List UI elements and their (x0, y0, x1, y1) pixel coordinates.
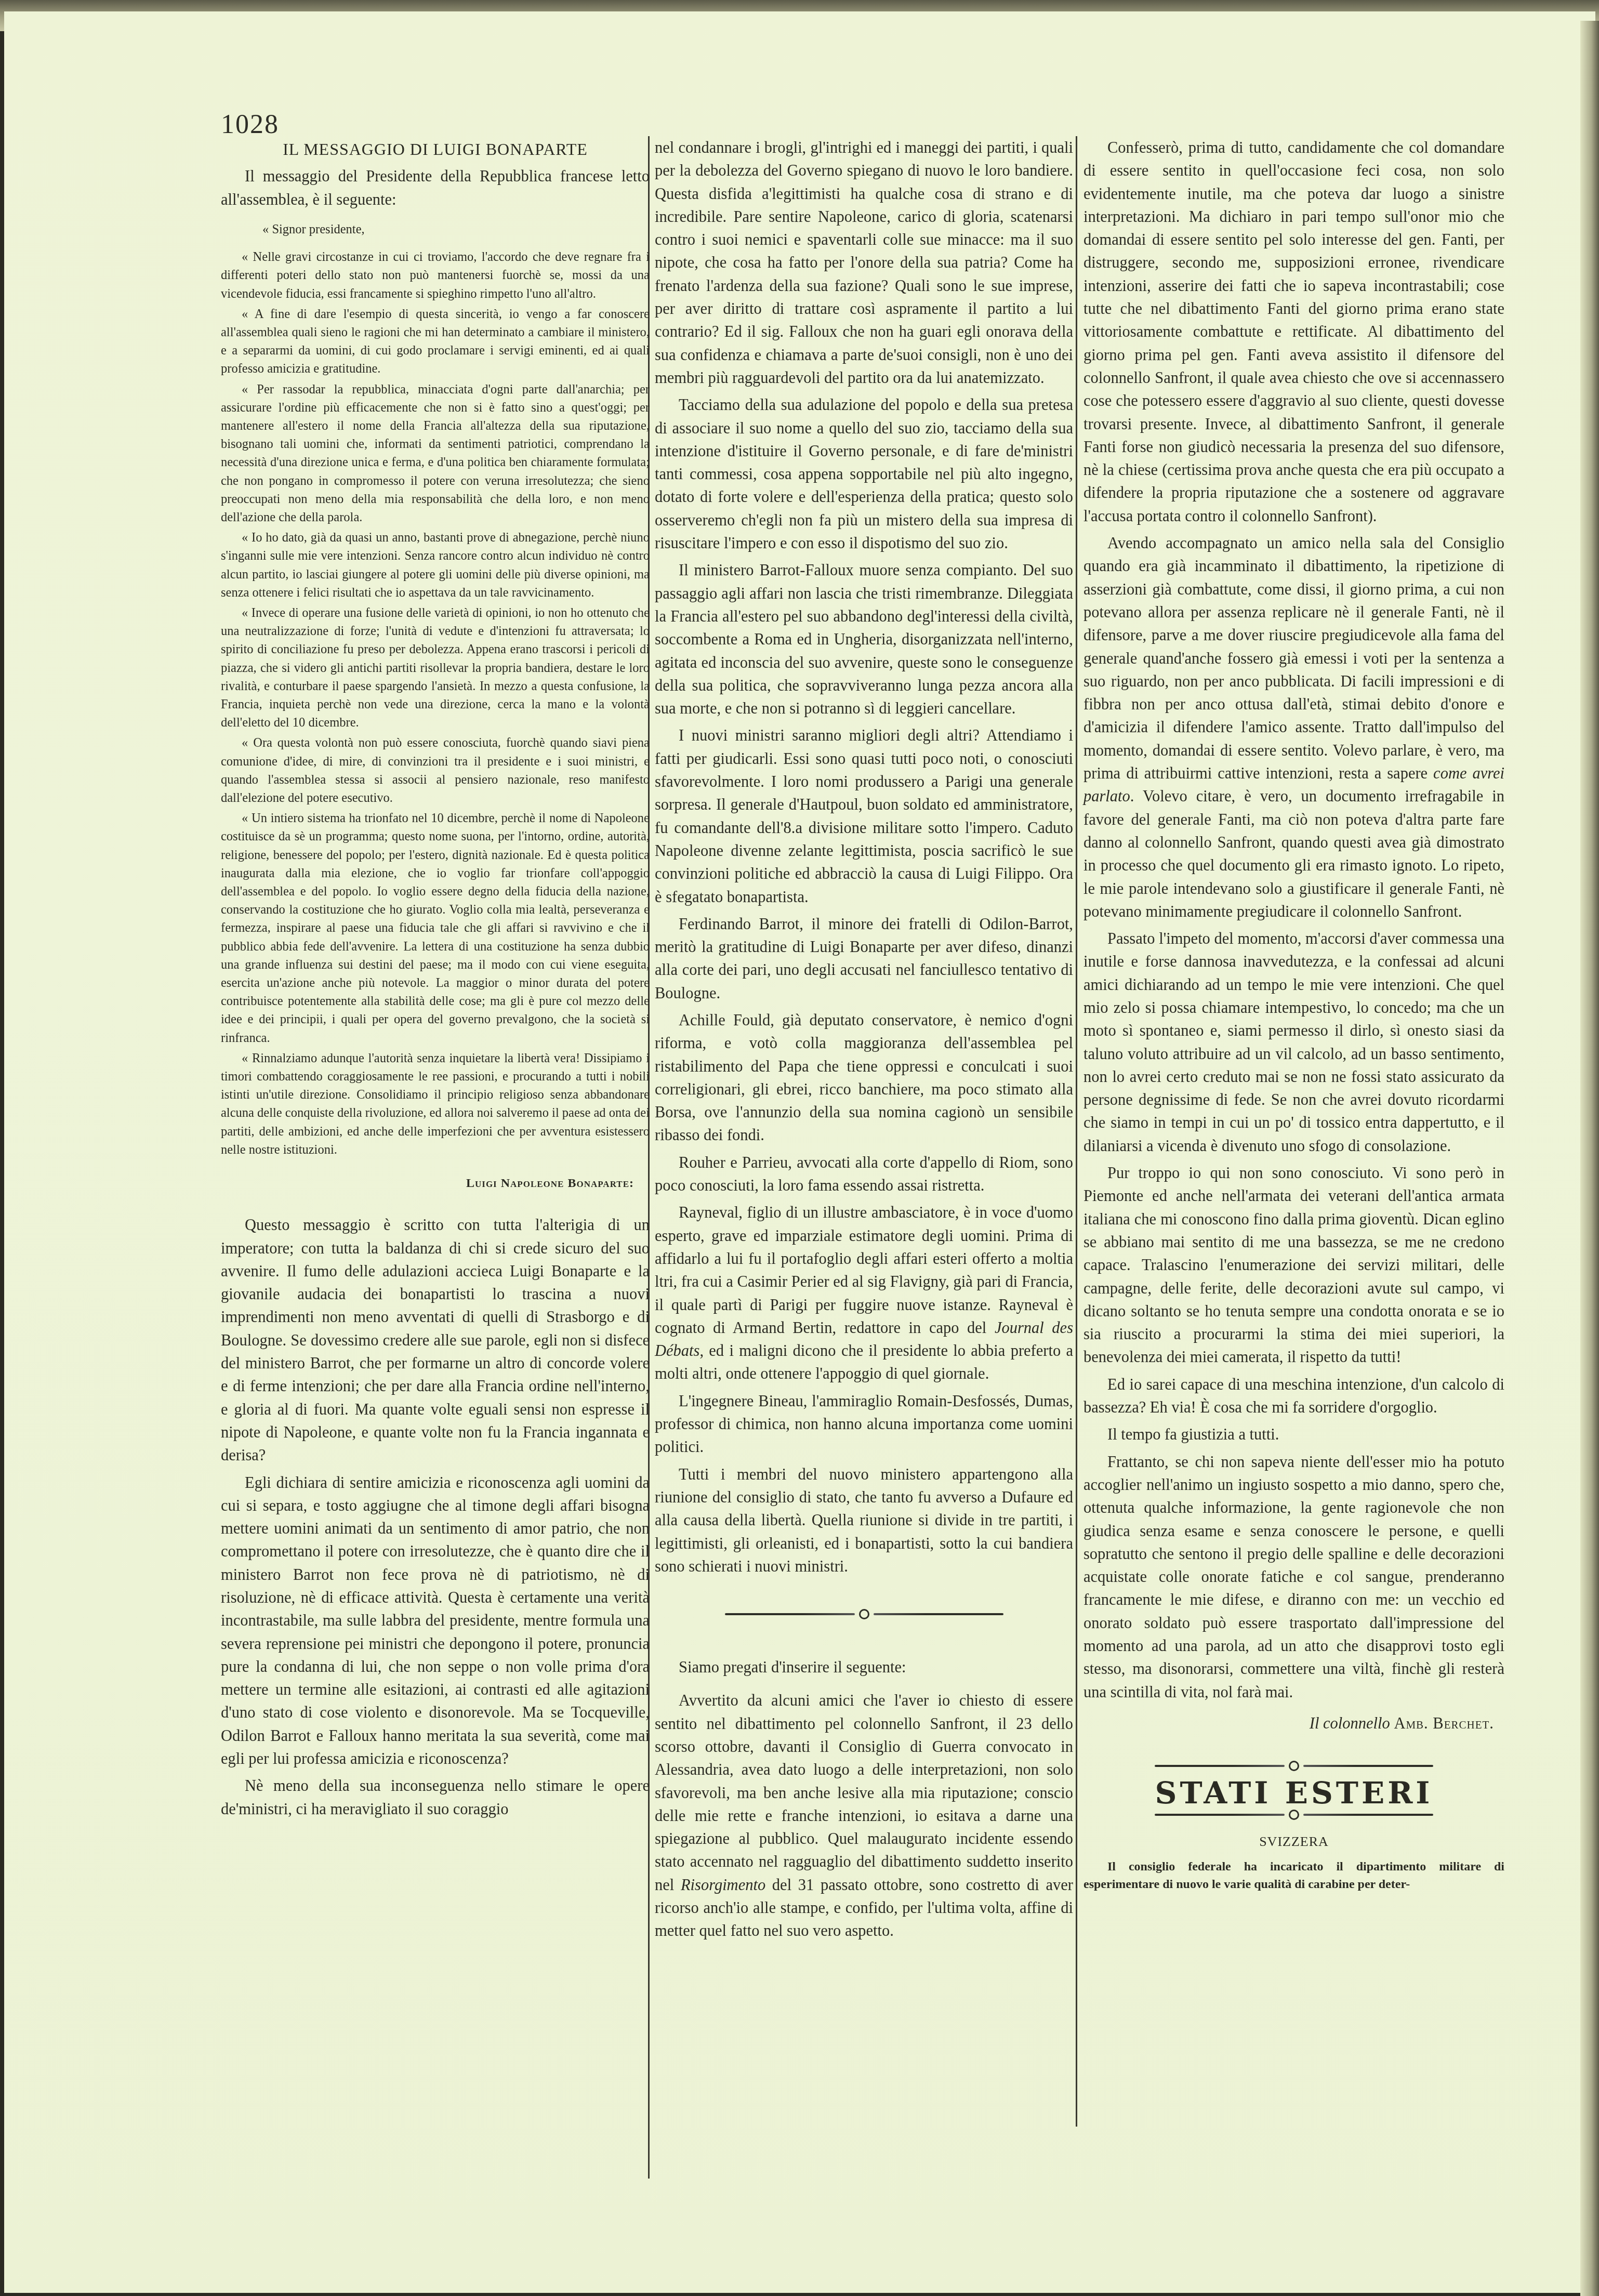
article-intro: Il messaggio del Presidente della Repubb… (221, 165, 650, 211)
presidential-message: « Signor presidente, « Nelle gravi circo… (221, 220, 650, 1193)
message-signature: Luigi Napoleone Bonaparte: (221, 1175, 634, 1193)
foreign-news-text: Il consiglio federale ha incaricato il d… (1083, 1858, 1504, 1893)
page-number: 1028 (221, 109, 279, 140)
commentary-paragraph-rayneval: Rayneval, figlio di un illustre ambascia… (655, 1201, 1073, 1385)
newspaper-title: Risorgimento (681, 1876, 765, 1894)
page-right-edge (1580, 21, 1599, 2296)
column-rule-2 (1076, 136, 1077, 2127)
commentary-paragraph: Questo messaggio è scritto con tutta l'a… (221, 1213, 650, 1467)
section-title-stati-esteri: STATI ESTERI (1083, 1782, 1504, 1804)
commentary-paragraph: Il ministero Barrot-Falloux muore senza … (655, 559, 1073, 720)
section-divider-ornament-bottom (1083, 1810, 1504, 1820)
letter-paragraph: Avendo accompagnato un amico nella sala … (1083, 532, 1504, 923)
message-paragraph: « A fine di dare l'esempio di questa sin… (221, 305, 650, 378)
commentary-paragraph: Tacciamo della sua adulazione del popolo… (655, 393, 1073, 555)
commentary-paragraph: nel condannare i brogli, gl'intrighi ed … (655, 136, 1073, 389)
message-paragraph: « Ora questa volontà non può essere cono… (221, 734, 650, 807)
message-paragraph: « Rinnalziamo adunque l'autorità senza i… (221, 1049, 650, 1159)
column-2: nel condannare i brogli, gl'intrighi ed … (655, 136, 1073, 1947)
message-paragraph: « Io ho dato, già da quasi un anno, bast… (221, 529, 650, 602)
country-heading: SVIZZERA (1083, 1830, 1504, 1853)
commentary-paragraph: Achille Fould, già deputato conservatore… (655, 1009, 1073, 1147)
column-3: Confesserò, prima di tutto, candidamente… (1083, 136, 1504, 1897)
message-paragraph: « Invece di operare una fusione delle va… (221, 604, 650, 732)
letter-signoff: Il colonnello Amb. Berchet. (1083, 1712, 1494, 1735)
message-paragraph: « Per rassodar la repubblica, minacciata… (221, 380, 650, 527)
commentary-paragraph: L'ingegnere Bineau, l'ammiraglio Romain-… (655, 1390, 1073, 1459)
message-salutation: « Signor presidente, (221, 220, 650, 239)
section-divider-ornament (655, 1609, 1073, 1619)
letter-paragraph: Pur troppo io qui non sono conosciuto. V… (1083, 1162, 1504, 1369)
message-paragraph: « Nelle gravi circostanze in cui ci trov… (221, 248, 650, 303)
commentary-paragraph: Nè meno della sua inconseguenza nello st… (221, 1774, 650, 1820)
commentary-paragraph: Tutti i membri del nuovo ministero appar… (655, 1463, 1073, 1578)
letter-paragraph: Avvertito da alcuni amici che l'aver io … (655, 1689, 1073, 1942)
letter-paragraph: Passato l'impeto del momento, m'accorsi … (1083, 927, 1504, 1157)
commentary-paragraph: I nuovi ministri saranno migliori degli … (655, 724, 1073, 908)
letter-paragraph: Il tempo fa giustizia a tutti. (1083, 1423, 1504, 1446)
section-divider-ornament-top (1083, 1761, 1504, 1771)
column-1: IL MESSAGGIO DI LUIGI BONAPARTE Il messa… (221, 138, 650, 1825)
letter-paragraph: Confesserò, prima di tutto, candidamente… (1083, 136, 1504, 527)
letter-intro: Siamo pregati d'inserire il seguente: (655, 1656, 1073, 1679)
message-paragraph: « Un intiero sistema ha trionfato nel 10… (221, 809, 650, 1047)
letter-paragraph: Frattanto, se chi non sapeva niente dell… (1083, 1450, 1504, 1704)
commentary-paragraph: Rouher e Parrieu, avvocati alla corte d'… (655, 1151, 1073, 1197)
commentary-paragraph: Ferdinando Barrot, il minore dei fratell… (655, 913, 1073, 1005)
commentary-paragraph: Egli dichiara di sentire amicizia e rico… (221, 1471, 650, 1771)
article-headline: IL MESSAGGIO DI LUIGI BONAPARTE (221, 138, 650, 161)
letter-paragraph: Ed io sarei capace di una meschina inten… (1083, 1373, 1504, 1419)
